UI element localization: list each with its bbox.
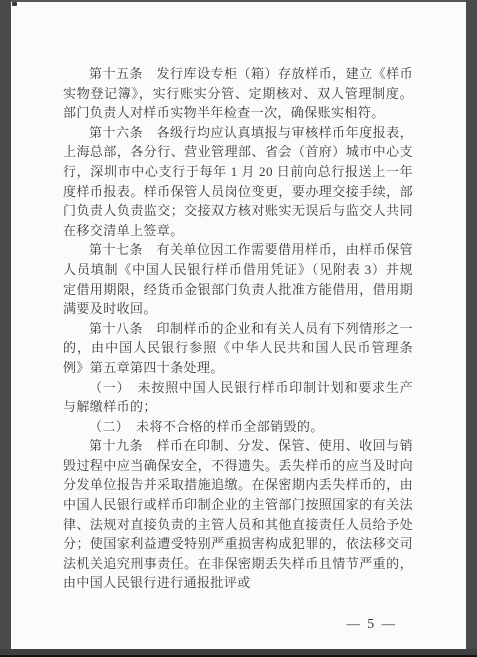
- paragraph-article-18: 第十八条 印制样币的企业和有关人员有下列情形之一的，由中国人民银行参照《中华人民…: [63, 319, 413, 378]
- page-number: — 5 —: [63, 614, 413, 634]
- document-body: 第十五条 发行库设专柜（箱）存放样币，建立《样币实物登记簿》，实行账实分管、定期…: [63, 64, 413, 634]
- paragraph-article-16: 第十六条 各级行均应认真填报与审核样币年度报表，上海总部，各分行、营业管理部、省…: [63, 123, 413, 241]
- scan-edge-top: [0, 0, 477, 2]
- scanned-document-page: 第十五条 发行库设专柜（箱）存放样币，建立《样币实物登记簿》，实行账实分管、定期…: [0, 0, 477, 657]
- scan-edge-right: [466, 0, 477, 657]
- scan-artifact-speck: [12, 2, 17, 6]
- paragraph-article-17: 第十七条 有关单位因工作需要借用样币，由样币保管人员填制《中国人民银行样币借用凭…: [63, 240, 413, 318]
- scan-edge-left: [0, 0, 11, 657]
- paragraph-article-19: 第十九条 样币在印制、分发、保管、使用、收回与销毁过程中应当确保安全，不得遗失。…: [63, 436, 413, 593]
- scan-edge-bottom: [0, 649, 477, 657]
- paragraph-item-2: （二） 未将不合格的样币全部销毁的。: [63, 417, 413, 437]
- paragraph-article-15: 第十五条 发行库设专柜（箱）存放样币，建立《样币实物登记簿》，实行账实分管、定期…: [63, 64, 413, 123]
- paragraph-item-1: （一） 未按照中国人民银行样币印制计划和要求生产与解缴样币的；: [63, 378, 413, 417]
